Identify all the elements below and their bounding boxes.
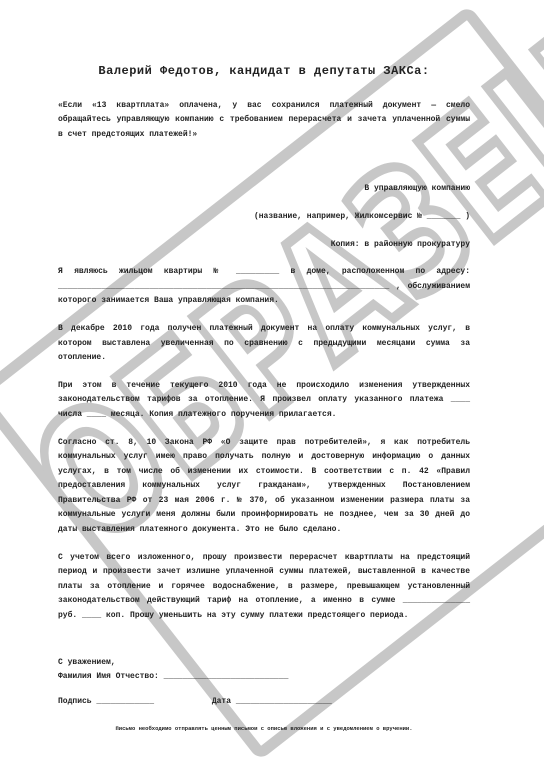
mailing-footnote: Письмо необходимо отправлять ценным пись… bbox=[58, 725, 470, 733]
date-blank: ____________________ bbox=[236, 697, 332, 706]
recipient-line-name-example: (название, например, Жилкомсервис № ____… bbox=[58, 210, 470, 225]
recipient-line-copy: Копия: в районную прокуратуру bbox=[58, 238, 470, 253]
signature-blank: ____________ bbox=[96, 697, 154, 706]
date-group: Дата ____________________ bbox=[212, 697, 332, 706]
recipient-line-company: В управляющую компанию bbox=[58, 182, 470, 197]
fio-label: Фамилия Имя Отчество: bbox=[58, 672, 159, 681]
signature-date-row: Подпись ____________ Дата ______________… bbox=[58, 695, 470, 710]
intro-quote: «Если «13 квартплата» оплачена, у вас со… bbox=[58, 99, 470, 143]
paragraph-resident: Я являюсь жильцом квартиры № _________ в… bbox=[58, 265, 470, 309]
fio-blank: __________________________ bbox=[164, 672, 289, 681]
regards-line: С уважением, bbox=[58, 656, 470, 671]
closing-block: С уважением, Фамилия Имя Отчество: _____… bbox=[58, 656, 470, 710]
letter-page: ОБРАЗЕЦ Валерий Федотов, кандидат в депу… bbox=[0, 0, 544, 770]
page-title: Валерий Федотов, кандидат в депутаты ЗАК… bbox=[58, 64, 470, 79]
signature-group: Подпись ____________ bbox=[58, 695, 207, 710]
paragraph-request: С учетом всего изложенного, прошу произв… bbox=[58, 551, 470, 624]
date-label: Дата bbox=[212, 697, 231, 706]
signature-label: Подпись bbox=[58, 697, 92, 706]
letter-body: Валерий Федотов, кандидат в депутаты ЗАК… bbox=[58, 64, 470, 733]
paragraph-law-reference: Согласно ст. 8, 10 Закона РФ «О защите п… bbox=[58, 436, 470, 538]
paragraph-tariffs: При этом в течение текущего 2010 года не… bbox=[58, 379, 470, 423]
fio-line: Фамилия Имя Отчество: __________________… bbox=[58, 670, 470, 685]
paragraph-december-bill: В декабре 2010 года получен платежный до… bbox=[58, 322, 470, 366]
recipient-block: В управляющую компанию (название, наприм… bbox=[58, 182, 470, 252]
